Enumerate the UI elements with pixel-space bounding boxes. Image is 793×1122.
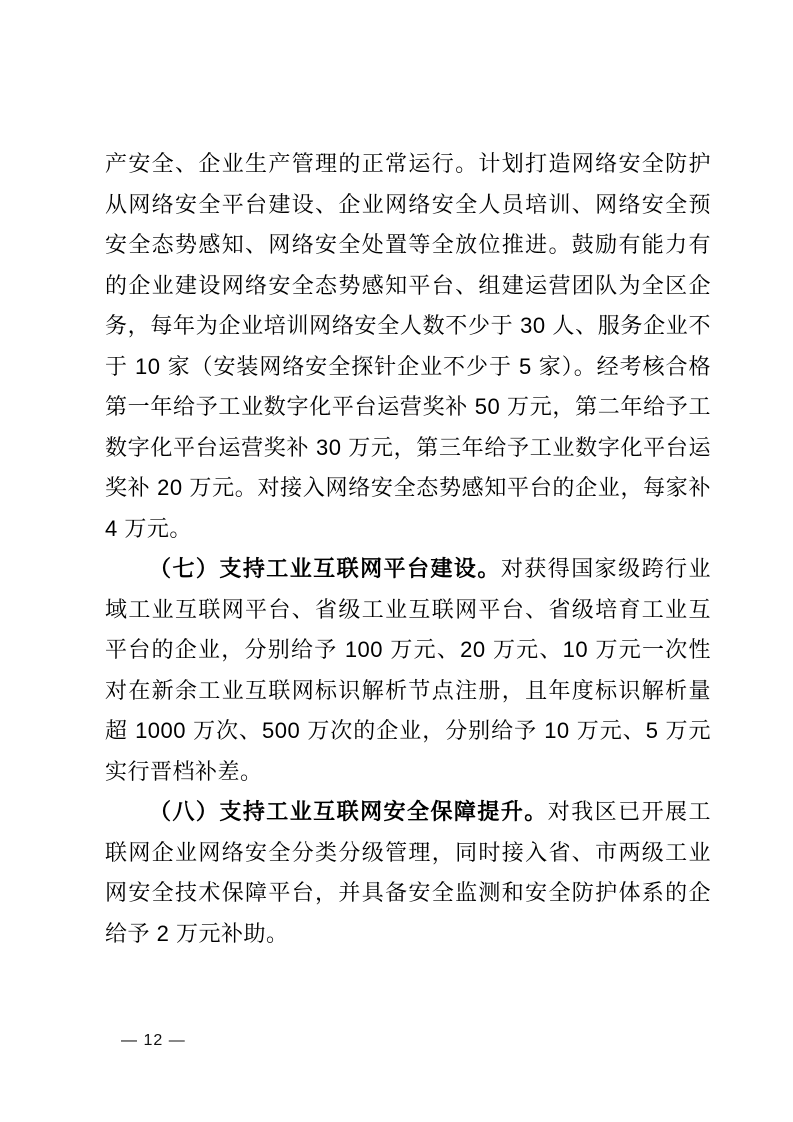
text-run: 于 10 家（安装网络安全探针企业不少于 5 家）。经考核合格后， [105, 354, 711, 388]
document-page: 产安全、企业生产管理的正常运行。计划打造网络安全防护体系， 从网络安全平台建设、… [0, 0, 793, 1122]
text-line: （七）支持工业互联网平台建设。对获得国家级跨行业跨领 [105, 549, 711, 590]
text-run: 第一年给予工业数字化平台运营奖补 50 万元，第二年给予工业 [105, 394, 711, 428]
text-line: 务，每年为企业培训网络安全人数不少于 30 人、服务企业不少 [105, 306, 711, 347]
text-run: 域工业互联网平台、省级工业互联网平台、省级培育工业互联网 [105, 597, 711, 631]
text-line: 4 万元。 [105, 509, 711, 550]
text-run: 产安全、企业生产管理的正常运行。计划打造网络安全防护体系， [105, 151, 711, 185]
text-run: 对在新余工业互联网标识解析节点注册，且年度标识解析量首次 [105, 678, 711, 712]
text-run: 实行晋档补差。 [105, 759, 263, 784]
text-run: 安全态势感知、网络安全处置等全放位推进。鼓励有能力有资质 [105, 232, 711, 266]
text-line: 网安全技术保障平台，并具备安全监测和安全防护体系的企业， [105, 873, 711, 914]
text-run: 4 万元。 [105, 516, 192, 541]
text-run: 给予 2 万元补助。 [105, 921, 288, 946]
text-run: 务，每年为企业培训网络安全人数不少于 30 人、服务企业不少 [105, 313, 711, 347]
text-run: 的企业建设网络安全态势感知平台、组建运营团队为全区企业服 [105, 273, 711, 307]
text-line: 联网企业网络安全分类分级管理，同时接入省、市两级工业互联 [105, 833, 711, 874]
text-run: 联网企业网络安全分类分级管理，同时接入省、市两级工业互联 [105, 840, 711, 874]
text-line: 域工业互联网平台、省级工业互联网平台、省级培育工业互联网 [105, 590, 711, 631]
text-line: 安全态势感知、网络安全处置等全放位推进。鼓励有能力有资质 [105, 225, 711, 266]
text-line: （八）支持工业互联网安全保障提升。对我区已开展工业互 [105, 792, 711, 833]
text-line: 超 1000 万次、500 万次的企业，分别给予 10 万元、5 万元补助， [105, 711, 711, 752]
text-run: 数字化平台运营奖补 30 万元，第三年给予工业数字化平台运营 [105, 435, 711, 469]
text-line: 第一年给予工业数字化平台运营奖补 50 万元，第二年给予工业 [105, 387, 711, 428]
text-run: 超 1000 万次、500 万次的企业，分别给予 10 万元、5 万元补助， [105, 718, 711, 752]
page-number: — 12 — [121, 1030, 186, 1052]
section-heading-7: （七）支持工业互联网平台建设。 [149, 556, 501, 581]
text-line: 对在新余工业互联网标识解析节点注册，且年度标识解析量首次 [105, 671, 711, 712]
text-line: 给予 2 万元补助。 [105, 914, 711, 955]
text-line: 实行晋档补差。 [105, 752, 711, 793]
text-run: 从网络安全平台建设、企业网络安全人员培训、网络安全预警、 [105, 192, 711, 226]
text-run: 平台的企业，分别给予 100 万元、20 万元、10 万元一次性奖励。 [105, 637, 711, 671]
text-line: 奖补 20 万元。对接入网络安全态势感知平台的企业，每家补贴 [105, 468, 711, 509]
document-text: 产安全、企业生产管理的正常运行。计划打造网络安全防护体系， 从网络安全平台建设、… [105, 144, 711, 954]
text-line: 平台的企业，分别给予 100 万元、20 万元、10 万元一次性奖励。 [105, 630, 711, 671]
text-run: 奖补 20 万元。对接入网络安全态势感知平台的企业，每家补贴 [105, 475, 711, 509]
text-line: 于 10 家（安装网络安全探针企业不少于 5 家）。经考核合格后， [105, 347, 711, 388]
text-line: 数字化平台运营奖补 30 万元，第三年给予工业数字化平台运营 [105, 428, 711, 469]
section-heading-8: （八）支持工业互联网安全保障提升。 [149, 799, 548, 824]
text-line: 产安全、企业生产管理的正常运行。计划打造网络安全防护体系， [105, 144, 711, 185]
text-line: 的企业建设网络安全态势感知平台、组建运营团队为全区企业服 [105, 266, 711, 307]
text-run: 网安全技术保障平台，并具备安全监测和安全防护体系的企业， [105, 880, 711, 914]
text-line: 从网络安全平台建设、企业网络安全人员培训、网络安全预警、 [105, 185, 711, 226]
